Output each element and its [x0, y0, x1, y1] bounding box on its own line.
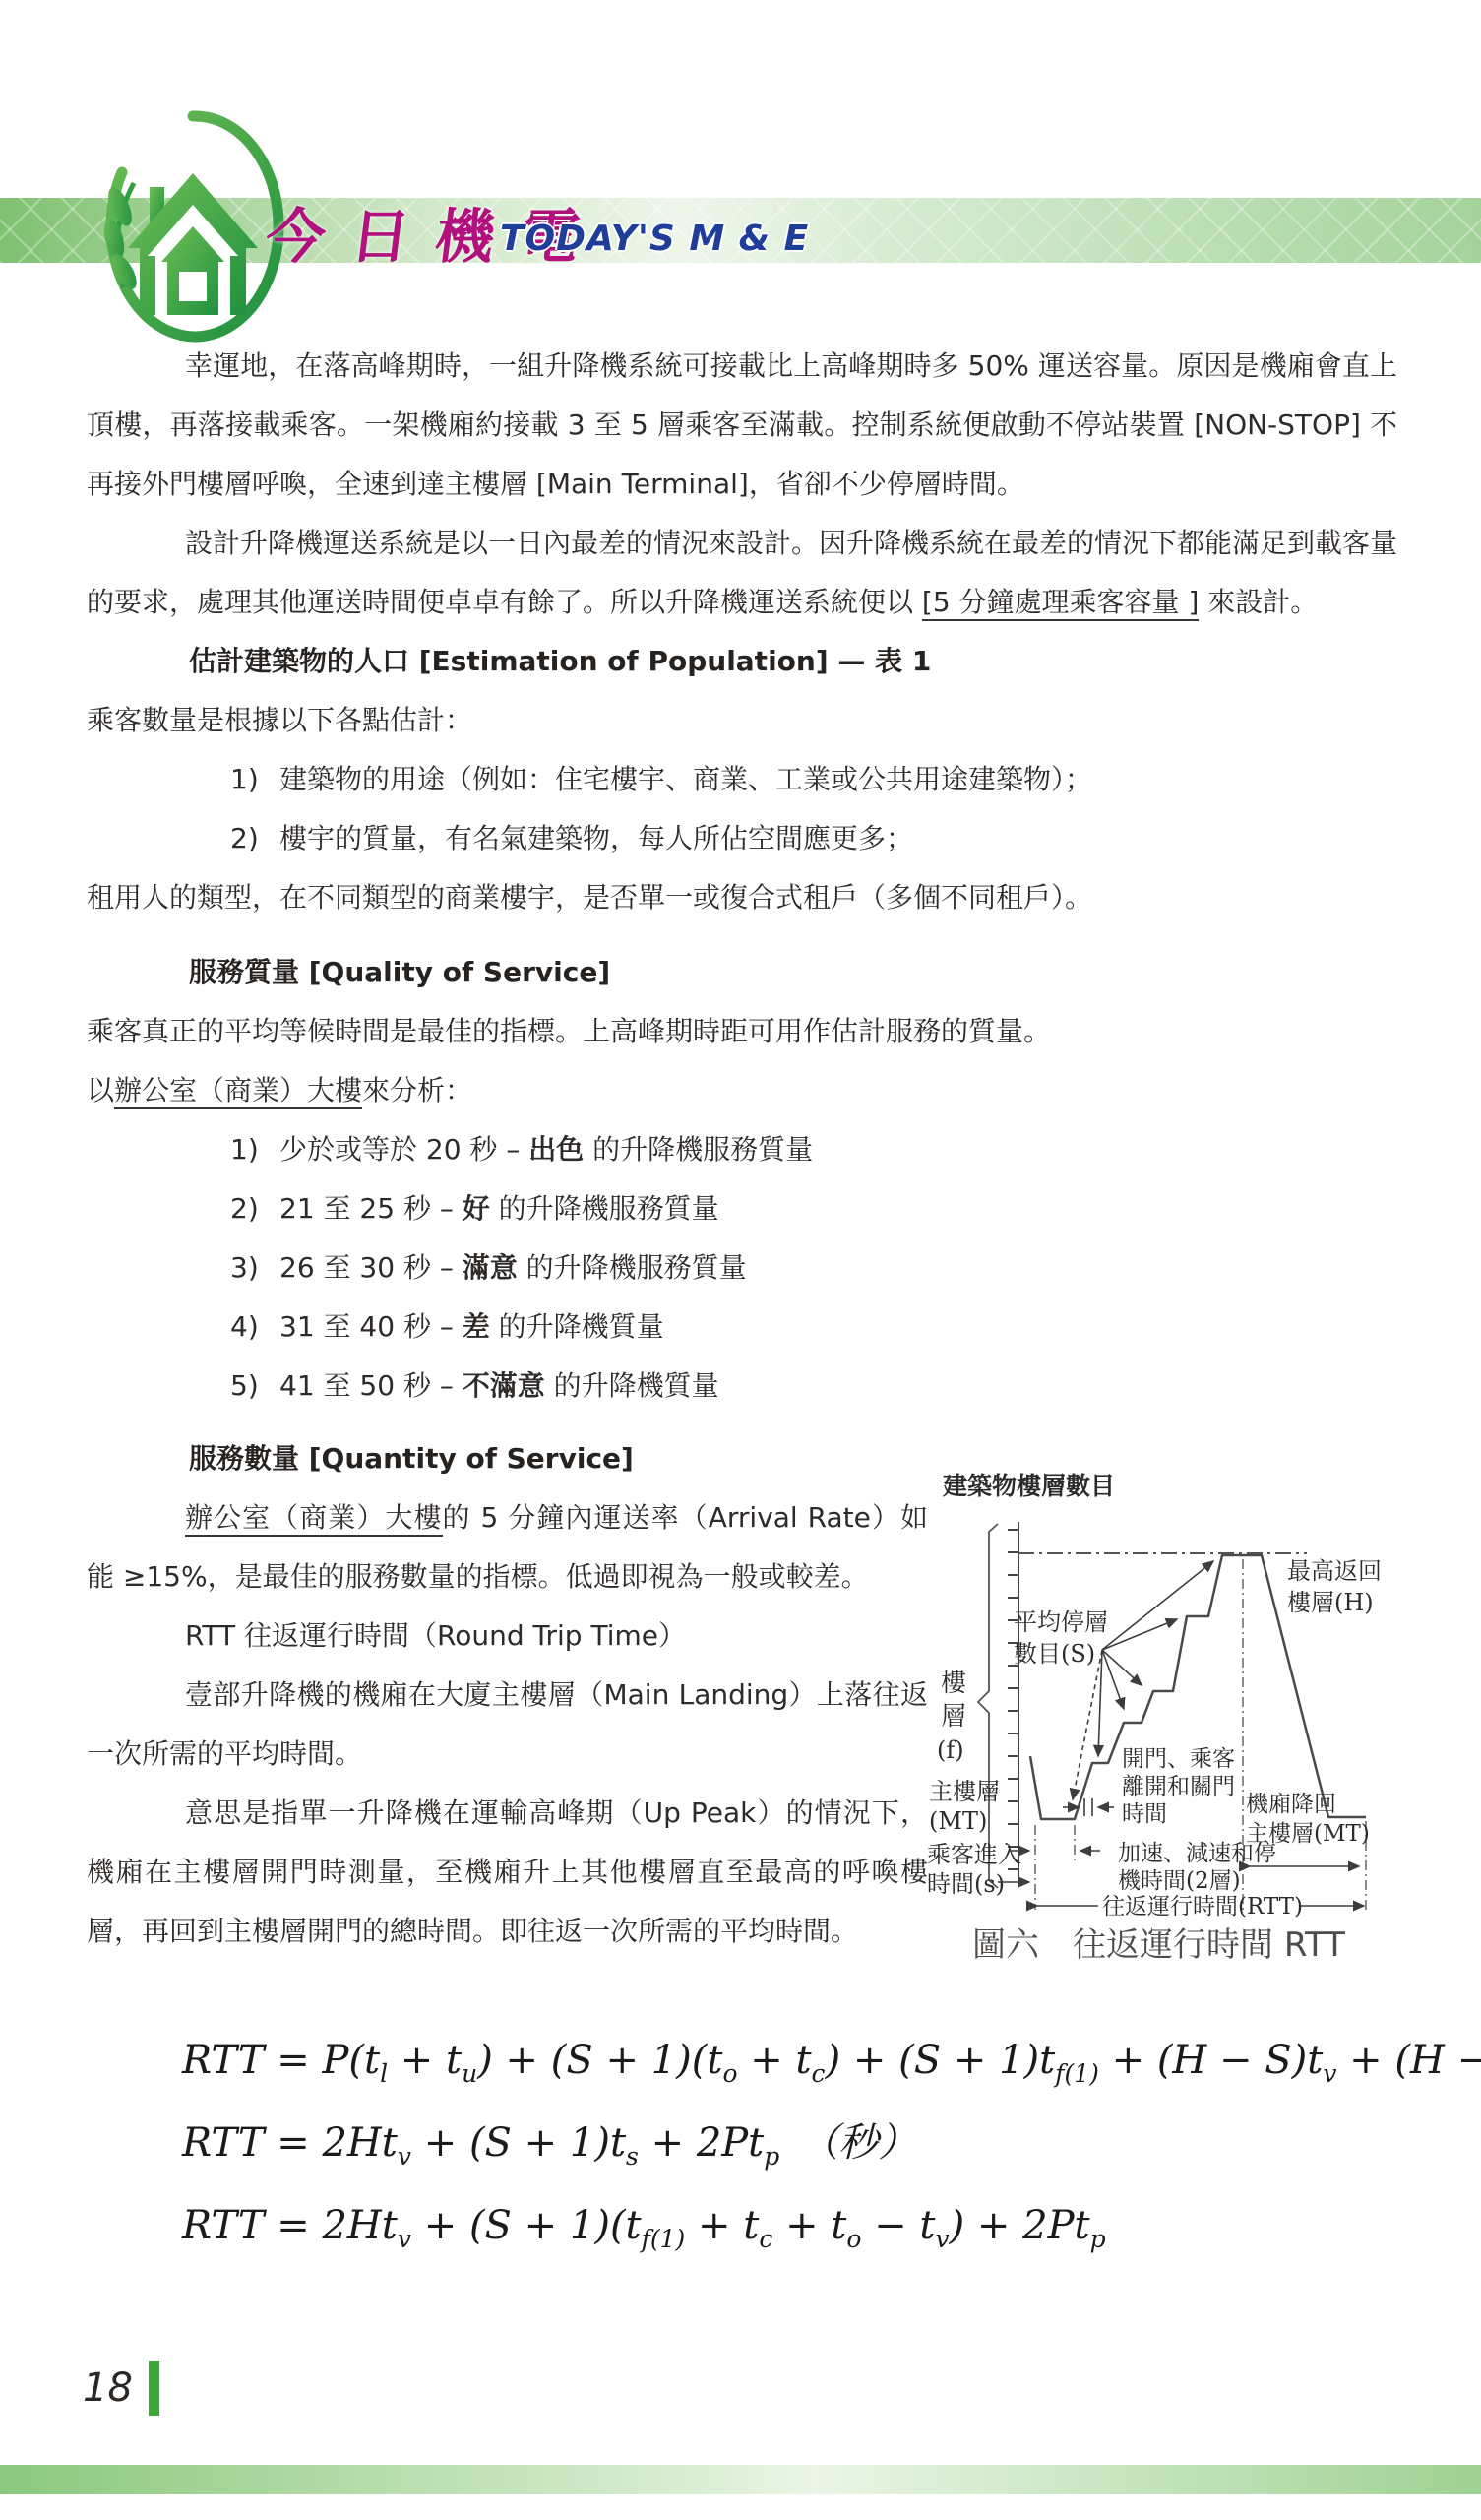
- paragraph-off-peak: 幸運地，在落高峰期時，一組升降機系統可接載比上高峰期時多 50% 運送容量。原因…: [87, 337, 1397, 514]
- rtt-formulas: RTT = P(tl + tu) + (S + 1)(to + tc) + (S…: [182, 2026, 1363, 2274]
- list-number: 3): [230, 1238, 279, 1297]
- label-highest-return: 樓層(H): [1287, 1589, 1374, 1616]
- grade-word: 滿意: [463, 1251, 518, 1284]
- paragraph-text: 來分析：: [362, 1074, 472, 1106]
- grade-word: 不滿意: [463, 1369, 545, 1402]
- grade-suffix: 的升降機服務質量: [518, 1251, 747, 1284]
- label-highest-return: 最高返回: [1287, 1557, 1382, 1585]
- formula-rtt-1: RTT = P(tl + tu) + (S + 1)(to + tc) + (S…: [182, 2026, 1363, 2109]
- grade-suffix: 的升降機質量: [545, 1369, 719, 1402]
- grade-suffix: 的升降機服務質量: [490, 1192, 719, 1225]
- label-passenger-entry: 時間(s): [927, 1870, 1005, 1898]
- label-floors: 樓: [941, 1669, 967, 1698]
- label-building-floors: 建築物樓層數目: [943, 1472, 1115, 1500]
- label-floors: 層: [941, 1702, 966, 1732]
- grade-range: 21 至 25 秒 –: [279, 1192, 463, 1225]
- grade-suffix: 的升降機質量: [490, 1310, 664, 1343]
- quantity-p1: 辦公室（商業）大樓的 5 分鐘內運送率（Arrival Rate）如能 ≥15%…: [87, 1488, 928, 1606]
- quantity-p4: 意思是指單一升降機在運輸高峰期（Up Peak）的情況下，機廂在主樓層開門時測量…: [87, 1784, 928, 1961]
- grade-word: 好: [463, 1192, 490, 1225]
- paragraph-text: 以: [87, 1074, 114, 1106]
- list-text: 21 至 25 秒 – 好 的升降機服務質量: [279, 1179, 1397, 1238]
- quality-section: 服務質量 [Quality of Service] 乘客真正的平均等候時間是最佳…: [87, 943, 1397, 1416]
- paragraph-design-basis: 設計升降機運送系統是以一日內最差的情況來設計。因升降機系統在最差的情況下都能滿足…: [87, 514, 1397, 632]
- label-door-time: 離開和關門: [1122, 1774, 1235, 1799]
- label-average-stops: 平均停層: [1014, 1608, 1108, 1636]
- list-number: 5): [230, 1356, 279, 1416]
- rtt-diagram: 建築物樓層數目 樓 層 (f): [915, 1465, 1402, 1918]
- list-number: 1): [230, 1120, 279, 1179]
- label-passenger-entry: 乘客進入: [927, 1841, 1021, 1868]
- quantity-p2-rtt: RTT 往返運行時間（Round Trip Time）: [87, 1606, 928, 1666]
- label-rtt: 往返運行時間(RTT): [1102, 1894, 1303, 1918]
- label-car-return: 機廂降回: [1246, 1792, 1336, 1817]
- label-floors: (f): [937, 1736, 964, 1764]
- underlined-term: 辦公室（商業）大樓: [114, 1074, 362, 1109]
- paragraph-text: 幸運地，在落高峰期時，一組升降機系統可接載比上高峰期時多 50% 運送容量。原因…: [87, 349, 1397, 500]
- quantity-p3: 壹部升降機的機廂在大廈主樓層（Main Landing）上落往返一次所需的平均時…: [87, 1666, 928, 1784]
- list-text: 26 至 30 秒 – 滿意 的升降機服務質量: [279, 1238, 1397, 1297]
- grade-range: 41 至 50 秒 –: [279, 1369, 463, 1402]
- grade-suffix: 的升降機服務質量: [584, 1133, 813, 1165]
- formula-rtt-2: RTT = 2Htv + (S + 1)ts + 2Ptp （秒）: [182, 2109, 1363, 2191]
- grade-word: 差: [463, 1310, 490, 1343]
- underlined-term: [5 分鐘處理乘客容量 ]: [922, 586, 1199, 621]
- list-item: 2) 樓宇的質量，有名氣建築物，每人所佔空間應更多；: [87, 809, 1397, 868]
- section-heading-population: 估計建築物的人口 [Estimation of Population] — 表 …: [189, 632, 1397, 691]
- list-text: 41 至 50 秒 – 不滿意 的升降機質量: [279, 1356, 1397, 1416]
- footer-band: [0, 2465, 1481, 2494]
- quantity-text-column: 辦公室（商業）大樓的 5 分鐘內運送率（Arrival Rate）如能 ≥15%…: [87, 1488, 928, 1961]
- paragraph-text: 來設計。: [1199, 586, 1318, 618]
- brand-title-en: TODAY'S M & E: [500, 219, 809, 259]
- list-text: 樓宇的質量，有名氣建築物，每人所佔空間應更多；: [279, 809, 1397, 868]
- page-number-accent-bar: [149, 2361, 159, 2416]
- axis-ticks: [1008, 1530, 1018, 1869]
- label-average-stops: 數目(S): [1014, 1640, 1095, 1668]
- list-number: 1): [230, 750, 279, 809]
- list-item: 1) 建築物的用途（例如：住宅樓宇、商業、工業或公共用途建築物）；: [87, 750, 1397, 809]
- population-section: 估計建築物的人口 [Estimation of Population] — 表 …: [87, 632, 1397, 927]
- list-number: 2): [230, 809, 279, 868]
- grade-range: 31 至 40 秒 –: [279, 1310, 463, 1343]
- quality-p1: 乘客真正的平均等候時間是最佳的指標。上高峰期時距可用作估計服務的質量。: [87, 1002, 1397, 1061]
- formula-rtt-3: RTT = 2Htv + (S + 1)(tf(1) + tc + to − t…: [182, 2191, 1363, 2274]
- label-main-terminal: 主樓層: [929, 1778, 1000, 1805]
- list-item: 3) 26 至 30 秒 – 滿意 的升降機服務質量: [87, 1238, 1397, 1297]
- grade-range: 少於或等於 20 秒 –: [279, 1133, 528, 1165]
- intro-section: 幸運地，在落高峰期時，一組升降機系統可接載比上高峰期時多 50% 運送容量。原因…: [87, 337, 1397, 632]
- list-item: 5) 41 至 50 秒 – 不滿意 的升降機質量: [87, 1356, 1397, 1416]
- door-time-arrows: [1063, 1798, 1114, 1816]
- grade-range: 26 至 30 秒 –: [279, 1251, 463, 1284]
- label-main-terminal: (MT): [929, 1807, 987, 1835]
- list-item: 1) 少於或等於 20 秒 – 出色 的升降機服務質量: [87, 1120, 1397, 1179]
- page-number: 18: [83, 2365, 133, 2411]
- list-number: 2): [230, 1179, 279, 1238]
- quality-p2: 以辦公室（商業）大樓來分析：: [87, 1061, 1397, 1120]
- figure-caption: 圖六 往返運行時間 RTT: [915, 1918, 1402, 1966]
- list-text: 少於或等於 20 秒 – 出色 的升降機服務質量: [279, 1120, 1397, 1179]
- section-heading-quality: 服務質量 [Quality of Service]: [189, 943, 1397, 1002]
- list-item: 2) 21 至 25 秒 – 好 的升降機服務質量: [87, 1179, 1397, 1238]
- underlined-term: 辦公室（商業）大樓: [185, 1501, 443, 1537]
- list-number: 4): [230, 1297, 279, 1356]
- list-item: 4) 31 至 40 秒 – 差 的升降機質量: [87, 1297, 1397, 1356]
- eco-house-logo-icon: [94, 79, 291, 354]
- list-text: 31 至 40 秒 – 差 的升降機質量: [279, 1297, 1397, 1356]
- label-car-return: 主樓層(MT): [1246, 1821, 1370, 1847]
- label-accel: 機時間(2層): [1118, 1868, 1241, 1894]
- population-intro: 乘客數量是根據以下各點估計：: [87, 691, 1397, 750]
- label-door-time: 開門、乘客: [1122, 1746, 1235, 1772]
- grade-word: 出色: [528, 1133, 584, 1165]
- page-footer: 18: [83, 2361, 159, 2416]
- list-text: 建築物的用途（例如：住宅樓宇、商業、工業或公共用途建築物）；: [279, 750, 1397, 809]
- label-door-time: 時間: [1122, 1801, 1167, 1827]
- population-tail: 租用人的類型，在不同類型的商業樓宇，是否單一或復合式租戶（多個不同租戶）。: [87, 868, 1397, 927]
- magazine-page: 今日機電 TODAY'S M & E 幸運地，在落高峰期時，一組升降機系統可接載…: [0, 0, 1481, 2520]
